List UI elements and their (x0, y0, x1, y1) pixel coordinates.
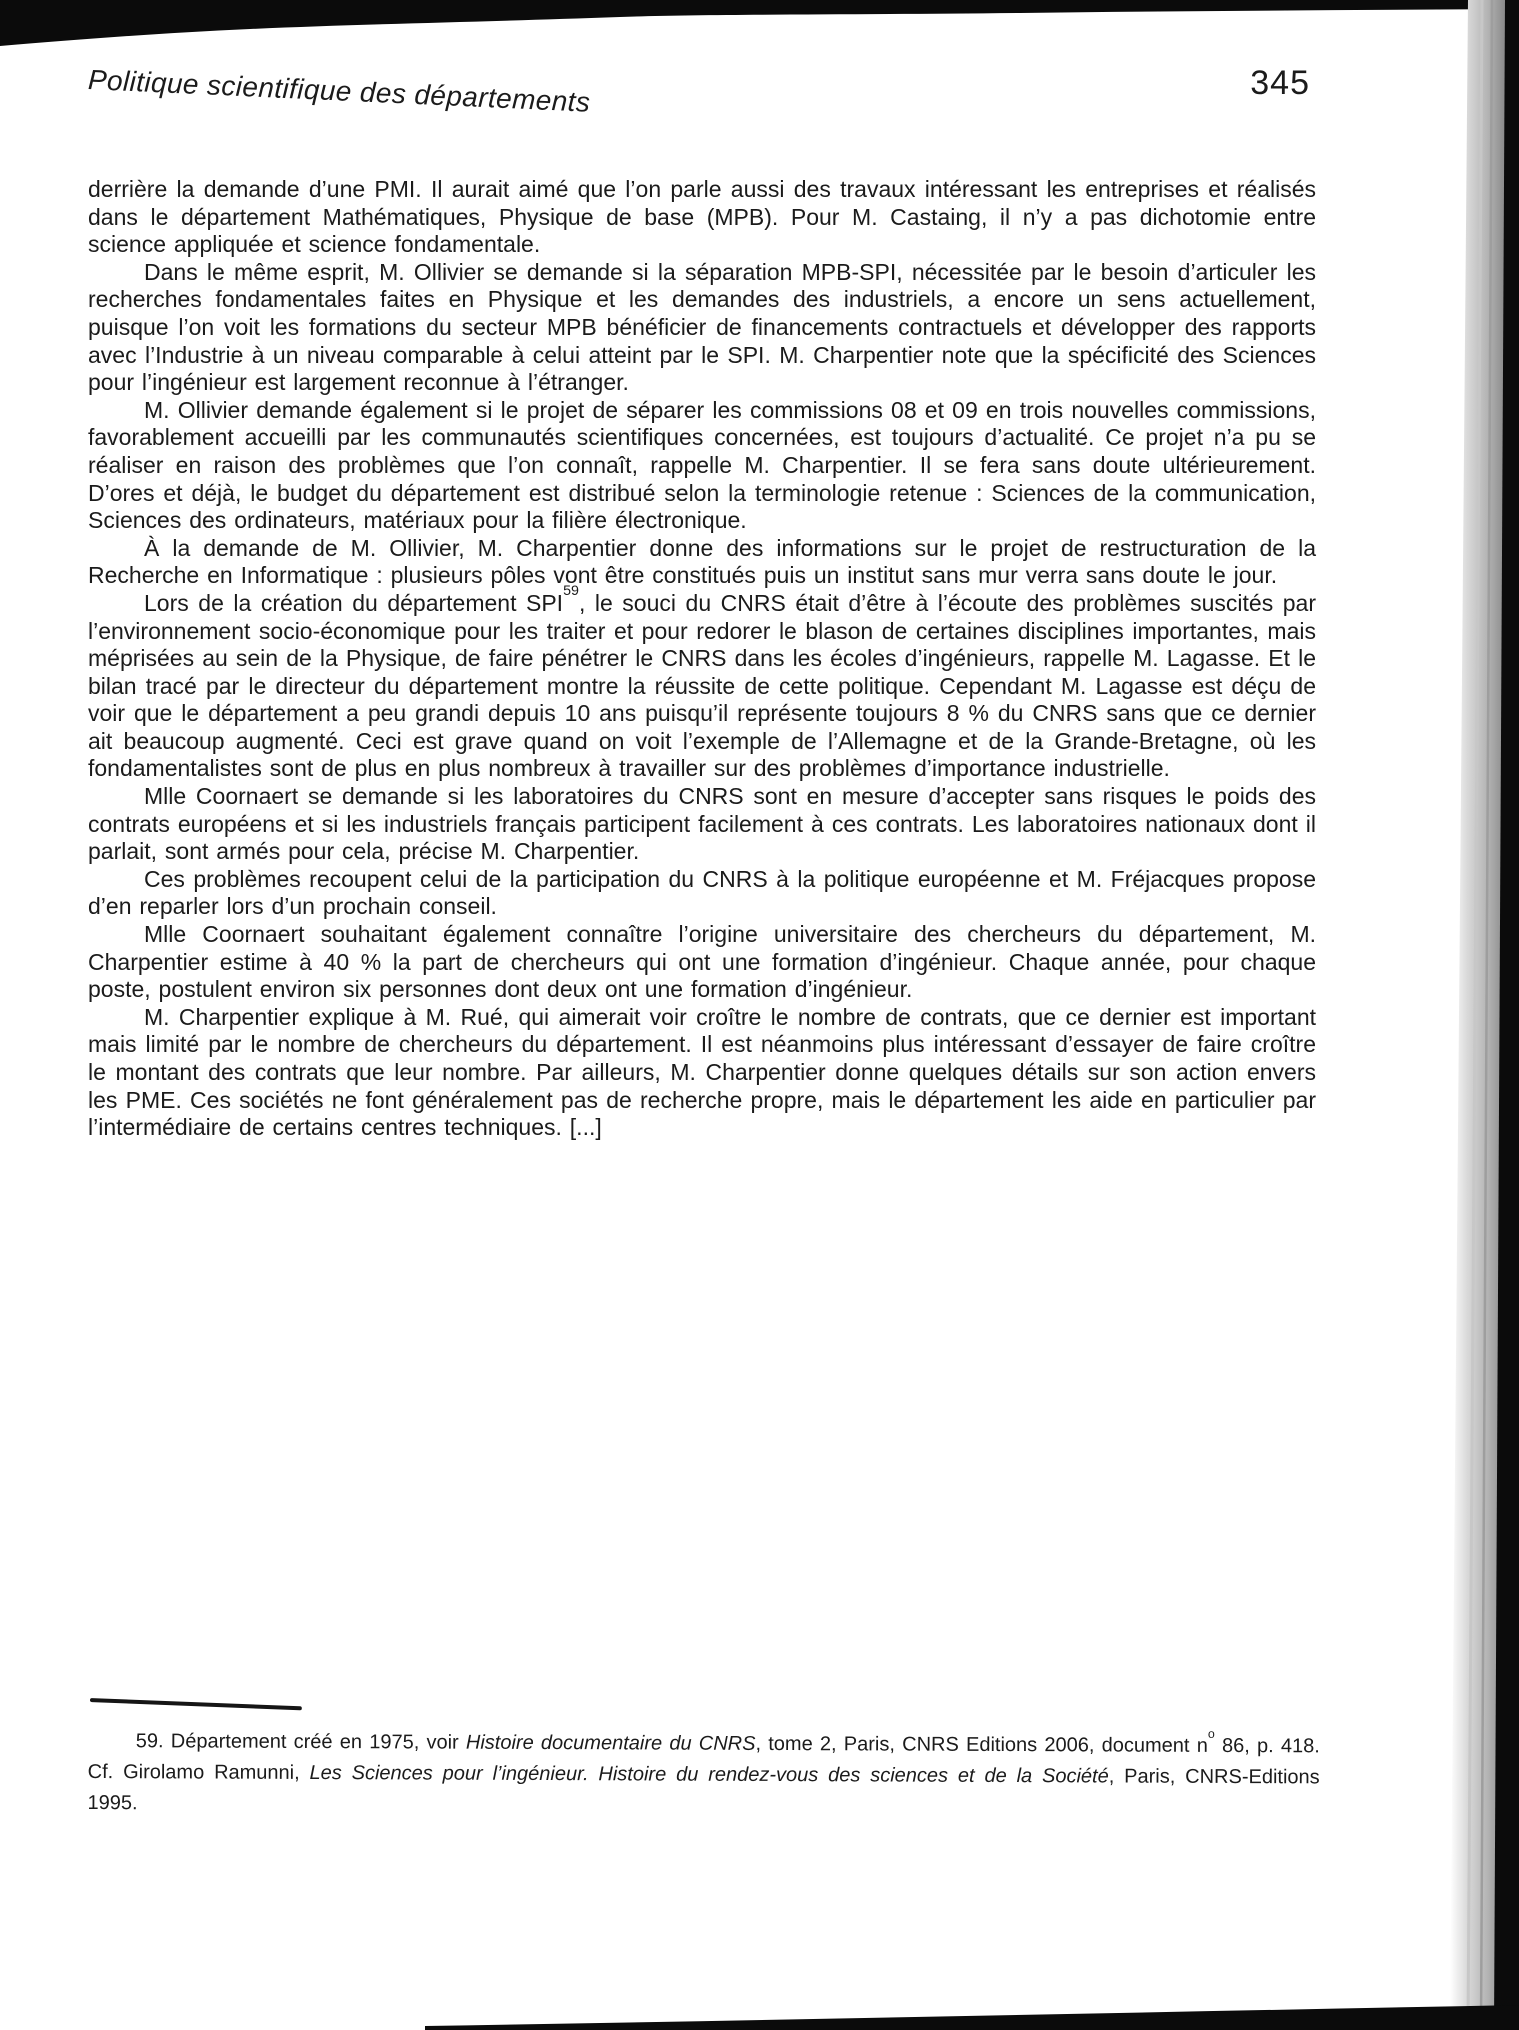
paragraph: Mlle Coornaert se demande si les laborat… (88, 783, 1316, 866)
paragraph: M. Charpentier explique à M. Rué, qui ai… (88, 1004, 1316, 1142)
paragraph: Lors de la création du département SPI59… (88, 590, 1316, 783)
scan-right-edge (1494, 0, 1519, 2030)
scan-top-edge (0, 0, 1519, 46)
body-paragraphs: derrière la demande d’une PMI. Il aurait… (88, 176, 1316, 1142)
paragraph: M. Ollivier demande également si le proj… (88, 397, 1316, 535)
paragraph: À la demande de M. Ollivier, M. Charpent… (88, 535, 1316, 590)
scanned-page: Politique scientifique des départements … (0, 0, 1519, 2030)
footnote-block: 59. Département créé en 1975, voir Histo… (87, 1698, 1320, 1824)
page-number: 345 (1250, 64, 1310, 103)
page-header: Politique scientifique des départements … (88, 64, 1316, 103)
scan-bottom-edge (425, 2005, 1519, 2030)
scan-page-edge-strip (1450, 0, 1519, 2030)
paragraph: Mlle Coornaert souhaitant également conn… (88, 921, 1316, 1004)
scan-page-edge-streak (1481, 0, 1492, 2030)
scan-page-edge-streak (1468, 0, 1482, 2030)
footnote-text: 59. Département créé en 1975, voir Histo… (87, 1726, 1319, 1824)
footnote-rule (90, 1698, 302, 1710)
paragraph: Dans le même esprit, M. Ollivier se dema… (88, 259, 1316, 397)
paragraph: Ces problèmes recoupent celui de la part… (88, 866, 1316, 921)
paragraph: derrière la demande d’une PMI. Il aurait… (88, 176, 1316, 259)
running-title: Politique scientifique des départements (87, 64, 591, 119)
